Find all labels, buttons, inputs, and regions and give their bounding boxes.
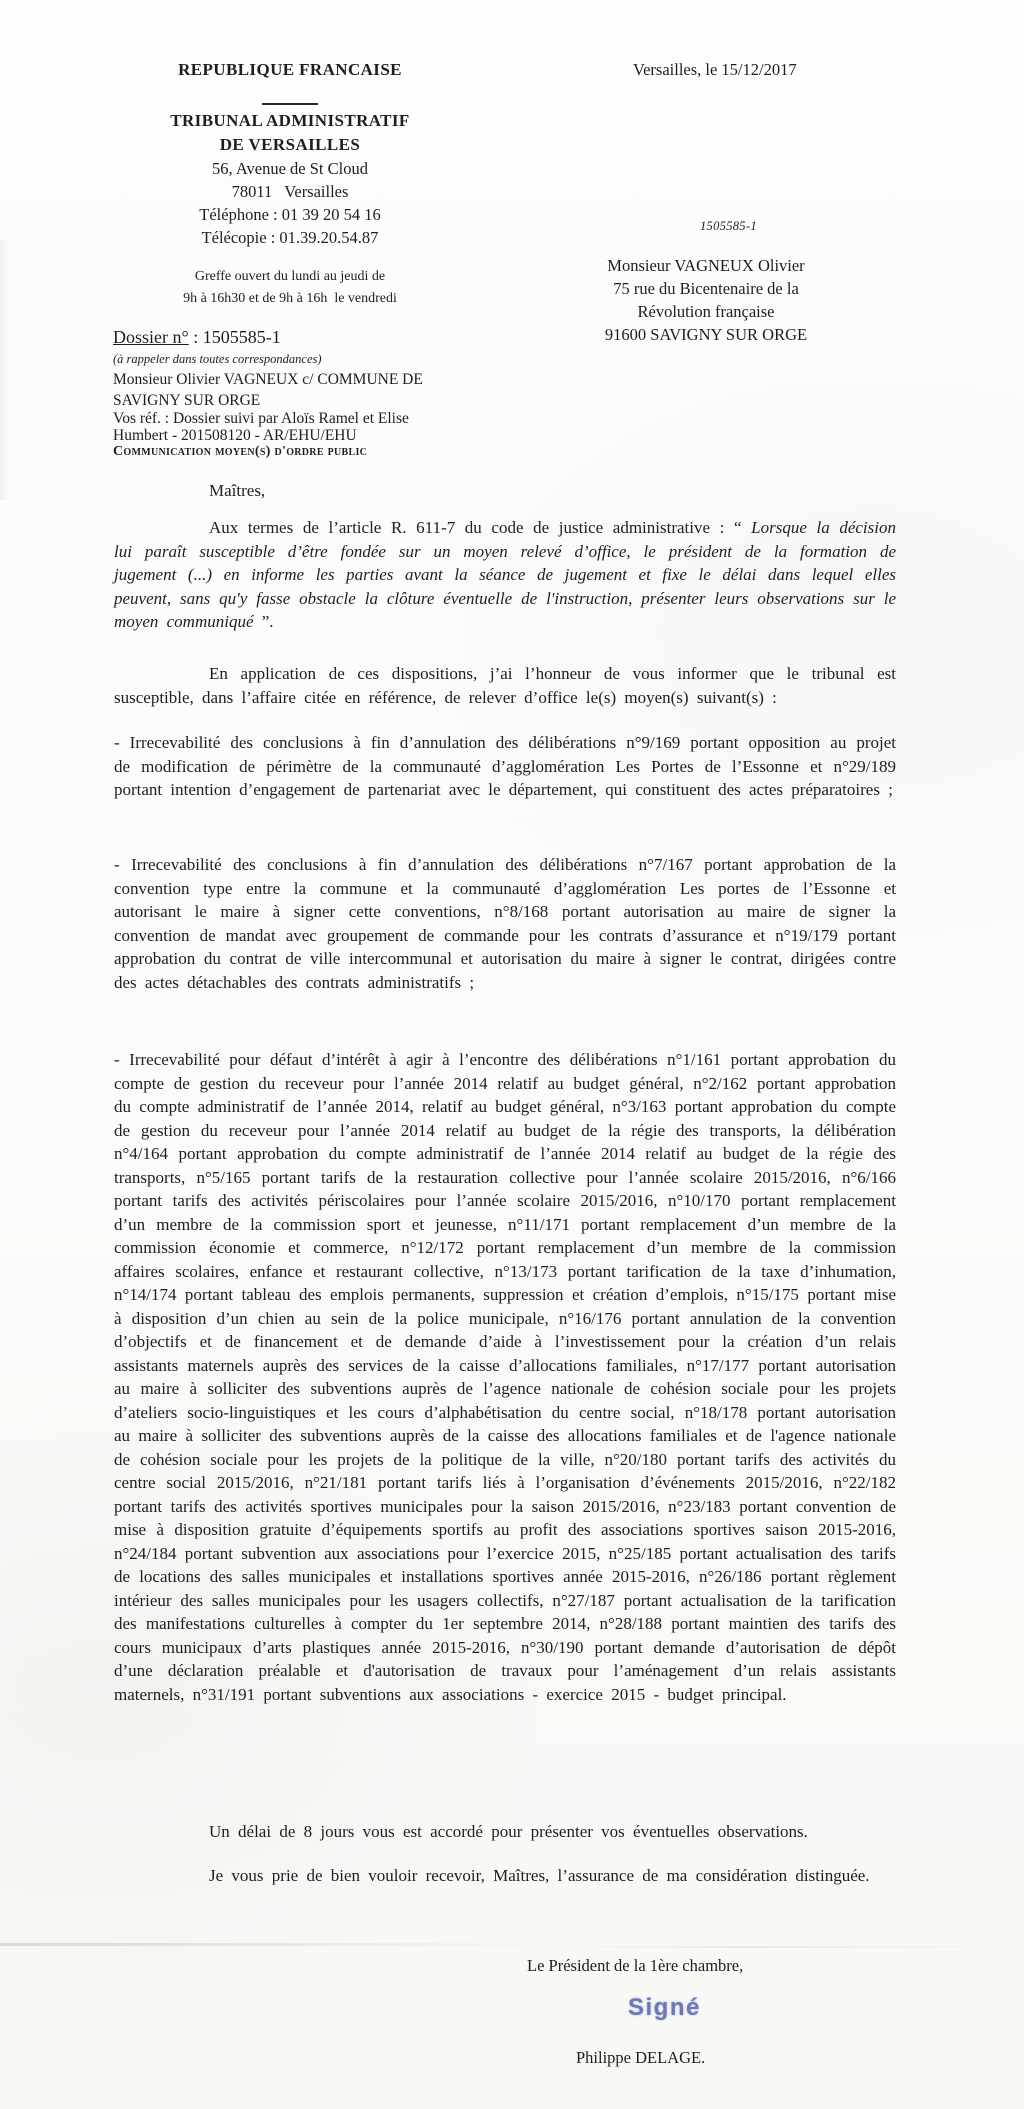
signature-name: Philippe DELAGE. — [576, 2048, 705, 2068]
letter-subject: Communication moyen(s) d'ordre public — [113, 444, 367, 460]
recipient-city: 91600 SAVIGNY SUR ORGE — [560, 323, 852, 346]
dossier-number: 1505585-1 — [203, 327, 281, 347]
delay-note: Un délai de 8 jours vous est accordé pou… — [114, 1820, 896, 1844]
parties-line1: Monsieur Olivier VAGNEUX c/ COMMUNE DE — [113, 369, 473, 390]
recipient-address-block: Monsieur VAGNEUX Olivier 75 rue du Bicen… — [560, 254, 852, 346]
your-ref-line2: Humbert - 201508120 - AR/EHU/EHU — [113, 425, 473, 446]
closing-formula: Je vous prie de bien vouloir recevoir, M… — [114, 1864, 896, 1888]
letter-page: REPUBLIQUE FRANCAISE TRIBUNAL ADMINISTRA… — [0, 0, 1024, 2109]
court-name-line1: TRIBUNAL ADMINISTRATIF — [118, 111, 462, 131]
dossier-reminder-note: (à rappeler dans toutes correspondances) — [113, 352, 322, 367]
ground-paragraph-1: - Irrecevabilité des conclusions à fin d… — [114, 731, 896, 802]
recipient-name: Monsieur VAGNEUX Olivier — [560, 254, 852, 277]
legal-basis-prefix: Aux termes de l’article R. 611-7 du code… — [209, 518, 751, 537]
paragraph-legal-basis: Aux termes de l’article R. 611-7 du code… — [114, 516, 896, 634]
recipient-street2: Révolution française — [560, 300, 852, 323]
scan-crease-line-right — [560, 1946, 1024, 1948]
registry-hours-line2: 9h à 16h30 et de 9h à 16h le vendredi — [118, 291, 462, 307]
ground-paragraph-2: - Irrecevabilité des conclusions à fin d… — [114, 853, 896, 994]
signature-title: Le Président de la 1ère chambre, — [527, 1956, 743, 1976]
recipient-street: 75 rue du Bicentenaire de la — [560, 277, 852, 300]
registry-hours-line1: Greffe ouvert du lundi au jeudi de — [118, 269, 462, 285]
court-fax: Télécopie : 01.39.20.54.87 — [118, 228, 462, 248]
dossier-label: Dossier n° — [113, 327, 189, 347]
court-street: 56, Avenue de St Cloud — [118, 159, 462, 179]
dossier-separator: : — [189, 327, 203, 347]
scan-crease-line — [0, 1943, 565, 1946]
legal-basis-suffix: ”. — [262, 612, 274, 631]
reference-stamp: 1505585-1 — [700, 219, 757, 234]
court-name-line2: DE VERSAILLES — [118, 135, 462, 155]
dateline: Versailles, le 15/12/2017 — [633, 60, 797, 80]
dossier-number-line: Dossier n° : 1505585-1 — [113, 327, 281, 348]
court-phone: Téléphone : 01 39 20 54 16 — [118, 205, 462, 225]
salutation: Maîtres, — [209, 481, 265, 501]
republic-title: REPUBLIQUE FRANCAISE — [118, 60, 462, 80]
scan-edge-smudge — [0, 240, 10, 500]
ground-paragraph-3: - Irrecevabilité pour défaut d’intérêt à… — [114, 1048, 896, 1706]
letterhead-divider — [262, 103, 318, 105]
signed-stamp: Signé — [628, 1994, 701, 2022]
court-city: 78011 Versailles — [118, 182, 462, 202]
paragraph-application: En application de ces dispositions, j’ai… — [114, 662, 896, 709]
